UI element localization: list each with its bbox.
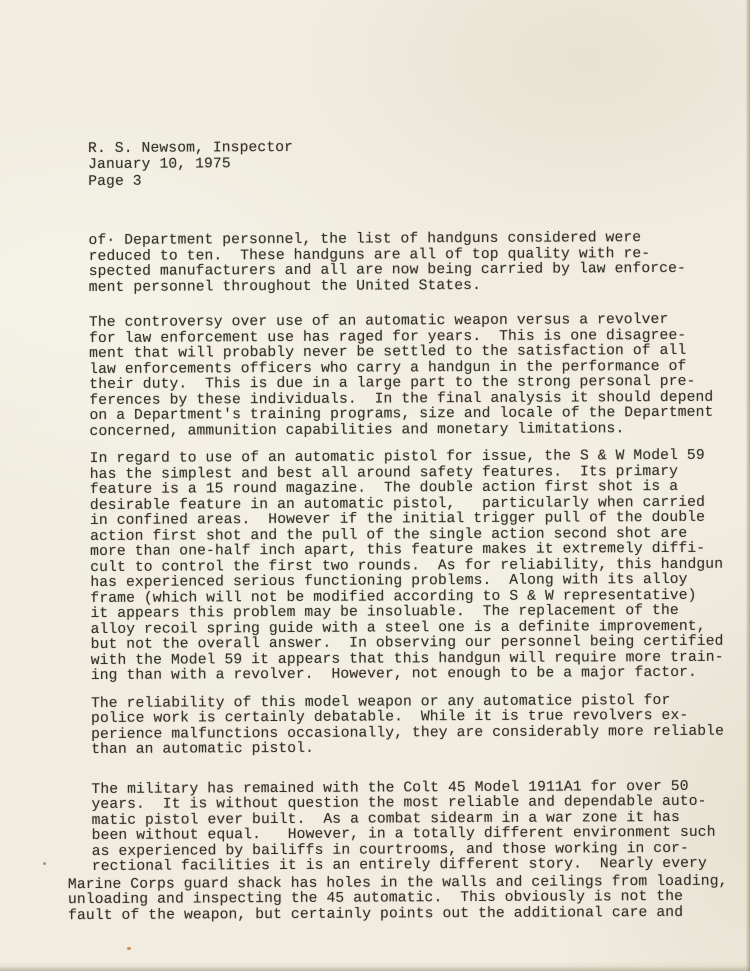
paragraph-5-part-2-outdented: Marine Corps guard shack has holes in th… <box>68 874 728 924</box>
paragraph-1: of· Department personnel, the list of ha… <box>88 231 724 296</box>
paragraph-4: The reliability of this model weapon or … <box>91 693 727 758</box>
letter-content: R. S. Newsom, Inspector January 10, 1975… <box>88 138 728 925</box>
paragraph-3: In regard to use of an automatic pistol … <box>90 449 727 685</box>
paragraph-2: The controversy over use of an automatic… <box>89 313 725 440</box>
paper-speck-orange <box>127 947 131 950</box>
letter-page: R. S. Newsom, Inspector January 10, 1975… <box>0 0 750 971</box>
letter-header: R. S. Newsom, Inspector January 10, 1975… <box>88 138 724 191</box>
paper-edge-shadow-bottom <box>0 966 750 971</box>
paragraph-5-part-1: The military has remained with the Colt … <box>91 779 727 875</box>
paper-speck-dark <box>43 862 46 865</box>
paper-edge-shadow-right <box>746 0 750 971</box>
